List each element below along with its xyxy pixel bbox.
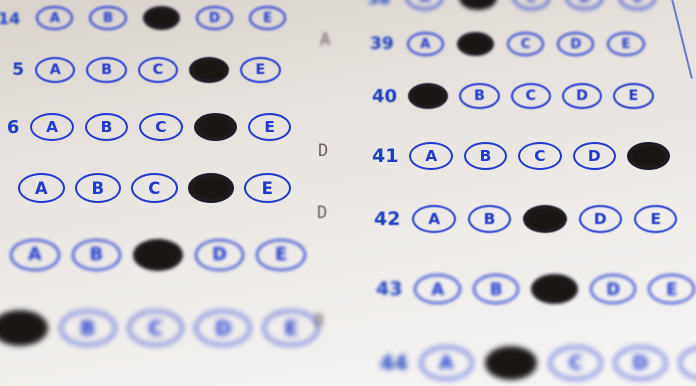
answer-bubble-c[interactable]: C — [133, 239, 183, 271]
answer-bubble-b[interactable]: B — [485, 346, 538, 380]
answer-bubble-d[interactable]: D — [557, 32, 594, 56]
answer-bubble-d[interactable]: D — [566, 0, 603, 10]
answer-bubble-c[interactable]: C — [139, 113, 182, 141]
answer-bubble-c[interactable]: C — [513, 0, 550, 10]
question-number: 14 — [0, 9, 20, 28]
question-number: 43 — [376, 278, 402, 300]
answer-bubble-e[interactable]: E — [634, 205, 677, 233]
answer-row: 6ABCDE — [0, 113, 291, 141]
answer-bubble-a[interactable]: A — [409, 142, 452, 170]
answer-row: 5ABCDE — [2, 57, 281, 83]
question-number: 41 — [372, 145, 398, 167]
answer-bubble-b[interactable]: B — [89, 6, 126, 30]
answer-bubble-d[interactable]: D — [189, 57, 229, 83]
answer-bubble-c[interactable]: C — [138, 57, 178, 83]
answer-row: 40ABCDE — [372, 83, 654, 109]
answer-bubble-a[interactable]: A — [36, 6, 73, 30]
answer-bubble-e[interactable]: E — [619, 0, 656, 10]
answer-bubble-e[interactable]: E — [679, 346, 696, 380]
margin-mark: B — [314, 311, 324, 331]
answer-bubble-e[interactable]: E — [648, 274, 695, 304]
answer-bubble-e[interactable]: E — [248, 113, 291, 141]
question-number: 39 — [370, 34, 394, 54]
answer-bubble-b[interactable]: B — [72, 239, 122, 271]
answer-bubble-c[interactable]: C — [128, 310, 184, 346]
answer-bubble-b[interactable]: B — [459, 83, 499, 109]
answer-bubble-b[interactable]: B — [86, 57, 126, 83]
answer-bubble-d[interactable]: D — [195, 239, 245, 271]
answer-row: 44ABCDE — [380, 346, 696, 380]
answer-bubble-b[interactable]: B — [464, 142, 507, 170]
answer-bubble-c[interactable]: C — [531, 274, 578, 304]
answer-bubble-e[interactable]: E — [249, 6, 286, 30]
column-divider-line — [669, 0, 693, 79]
answer-bubble-d[interactable]: D — [562, 83, 602, 109]
answer-bubble-d[interactable]: D — [579, 205, 622, 233]
answer-bubble-a[interactable]: A — [10, 239, 60, 271]
question-number: 40 — [372, 86, 397, 107]
answer-bubble-e[interactable]: E — [244, 173, 291, 203]
answer-bubble-e[interactable]: E — [263, 310, 319, 346]
answer-bubble-b[interactable]: B — [75, 173, 122, 203]
margin-mark: A — [320, 30, 330, 50]
answer-bubble-b[interactable]: B — [457, 32, 494, 56]
question-number: 42 — [374, 208, 400, 230]
answer-bubble-a[interactable]: A — [420, 346, 473, 380]
question-number: 6 — [0, 117, 19, 138]
answer-bubble-a[interactable]: A — [414, 274, 461, 304]
margin-mark: D — [317, 203, 327, 223]
answer-bubble-b[interactable]: B — [468, 205, 511, 233]
answer-bubble-a[interactable]: A — [30, 113, 73, 141]
answer-bubble-a[interactable]: A — [407, 32, 444, 56]
answer-bubble-c[interactable]: C — [549, 346, 602, 380]
answer-row: 38ABCDE — [368, 0, 656, 10]
answer-bubble-a[interactable]: A — [0, 310, 48, 346]
answer-row: 39ABCDE — [370, 32, 645, 56]
answer-row: 41ABCDE — [372, 142, 670, 170]
answer-bubble-a[interactable]: A — [412, 205, 455, 233]
answer-bubble-a[interactable]: A — [408, 83, 448, 109]
answer-bubble-d[interactable]: D — [194, 113, 237, 141]
answer-bubble-e[interactable]: E — [240, 57, 280, 83]
answer-row: ABCDE — [8, 173, 291, 203]
answer-bubble-b[interactable]: B — [85, 113, 128, 141]
answer-bubble-e[interactable]: E — [256, 239, 306, 271]
answer-bubble-d[interactable]: D — [196, 6, 233, 30]
answer-bubble-b[interactable]: B — [473, 274, 520, 304]
answer-bubble-a[interactable]: A — [35, 57, 75, 83]
answer-bubble-a[interactable]: A — [18, 173, 65, 203]
answer-bubble-d[interactable]: D — [590, 274, 637, 304]
answer-bubble-e[interactable]: E — [627, 142, 670, 170]
answer-row: 43ABCDE — [376, 274, 695, 304]
answer-bubble-d[interactable]: D — [195, 310, 251, 346]
answer-bubble-c[interactable]: C — [511, 83, 551, 109]
answer-row: ABCDE — [0, 239, 306, 271]
answer-bubble-c[interactable]: C — [507, 32, 544, 56]
answer-bubble-a[interactable]: A — [406, 0, 443, 10]
answer-bubble-b[interactable]: B — [60, 310, 116, 346]
answer-bubble-e[interactable]: E — [607, 32, 644, 56]
answer-bubble-c[interactable]: C — [518, 142, 561, 170]
answer-bubble-c[interactable]: C — [143, 6, 180, 30]
answer-row: ABCDE — [0, 310, 319, 346]
answer-bubble-d[interactable]: D — [614, 346, 667, 380]
answer-bubble-c[interactable]: C — [523, 205, 566, 233]
question-number: 44 — [380, 351, 408, 375]
answer-bubble-c[interactable]: C — [131, 173, 178, 203]
margin-mark: D — [318, 141, 328, 161]
answer-row: 42ABCDE — [374, 205, 677, 233]
question-number: 5 — [2, 60, 24, 80]
answer-bubble-d[interactable]: D — [573, 142, 616, 170]
answer-bubble-e[interactable]: E — [613, 83, 653, 109]
answer-bubble-b[interactable]: B — [459, 0, 496, 10]
answer-bubble-d[interactable]: D — [188, 173, 235, 203]
question-number: 38 — [368, 0, 390, 8]
answer-row: 14ABCDE — [0, 6, 286, 30]
